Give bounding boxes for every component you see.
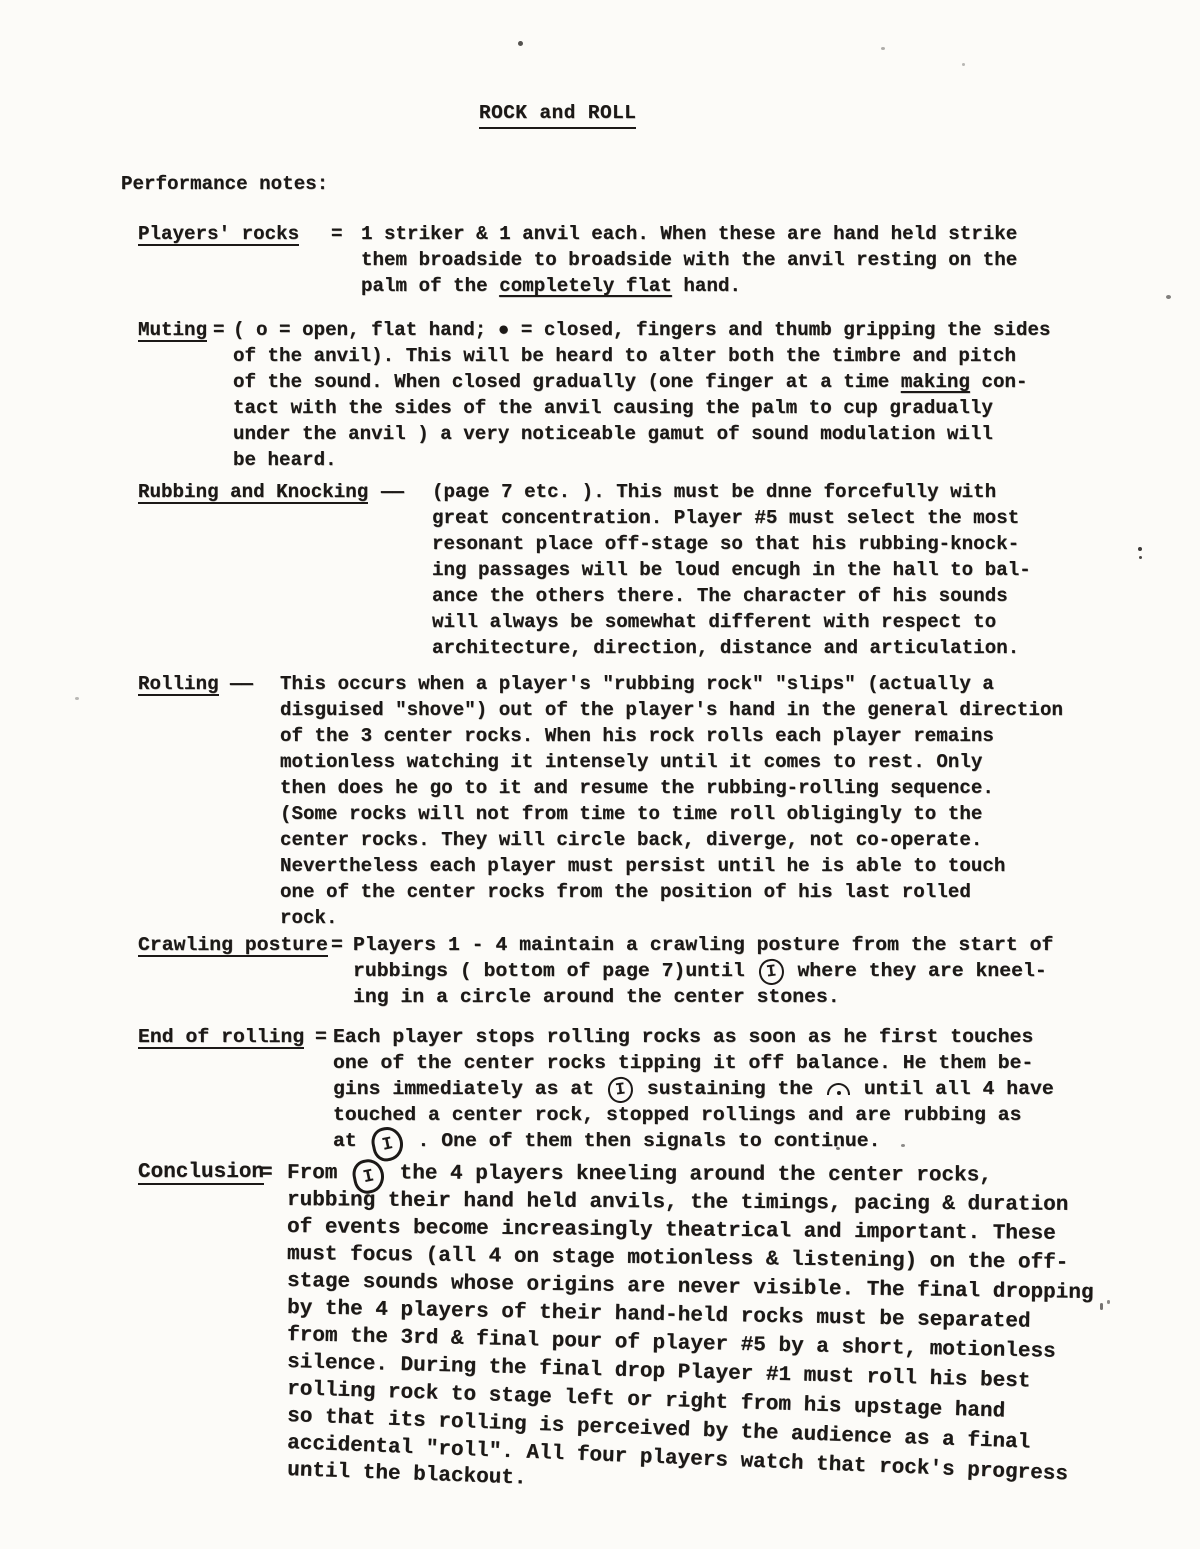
scan-artifact [75, 697, 79, 700]
fermata-icon [827, 1083, 850, 1095]
document-page: ROCK and ROLL Performance notes: Players… [0, 0, 1200, 1549]
circled-i-mark: I [607, 1076, 635, 1105]
scan-artifact [881, 47, 885, 50]
text-line: Players 1 - 4 maintain a crawling postur… [353, 932, 1053, 958]
text-line: ing passages will be loud encugh in the … [432, 557, 1031, 583]
text-line: touched a center rock, stopped rollings … [333, 1102, 1054, 1128]
text-line: at I . One of them then signals to conti… [333, 1128, 1054, 1154]
text-line: rock. [280, 905, 1063, 931]
text-line: From I the 4 players kneeling around the… [287, 1160, 1094, 1190]
section-label: Rolling [138, 671, 219, 696]
section-connector: —— [230, 671, 253, 697]
scan-artifact [518, 41, 523, 46]
text-line: ( o = open, flat hand; ● = closed, finge… [233, 317, 1051, 343]
text-line: (Some rocks will not from time to time r… [280, 801, 1063, 827]
scan-artifact [1139, 556, 1142, 559]
section-connector: = [213, 317, 225, 343]
section-label: End of rolling [138, 1024, 304, 1049]
section-connector: = [260, 1160, 273, 1187]
text-line: great concentration. Player #5 must sele… [432, 505, 1031, 531]
scan-artifact [962, 63, 965, 66]
section-body: This occurs when a player's "rubbing roc… [280, 671, 1063, 931]
text-line: Nevertheless each player must persist un… [280, 853, 1063, 879]
text-line: tact with the sides of the anvil causing… [233, 395, 1051, 421]
underlined-text: completely flat [499, 275, 672, 297]
text-line: of the sound. When closed gradually (one… [233, 369, 1051, 395]
text-line: of the anvil). This will be heard to alt… [233, 343, 1051, 369]
text-line: gins immediately as at I sustaining the … [333, 1076, 1054, 1102]
text-line: Each player stops rolling rocks as soon … [333, 1024, 1054, 1050]
circled-i-mark: I [757, 958, 785, 987]
text-line: then does he go to it and resume the rub… [280, 775, 1063, 801]
scan-artifact [1100, 1303, 1103, 1310]
text-line: one of the center rocks tipping it off b… [333, 1050, 1054, 1076]
text-line: ing in a circle around the center stones… [353, 984, 1053, 1010]
section-body: Players 1 - 4 maintain a crawling postur… [353, 932, 1053, 1010]
section-connector: = [331, 221, 343, 247]
underlined-text: making [901, 371, 970, 393]
circled-i-mark: I [368, 1124, 405, 1164]
text-line: under the anvil ) a very noticeable gamu… [233, 421, 1051, 447]
text-line: disguised "shove") out of the player's h… [280, 697, 1063, 723]
section-body: ( o = open, flat hand; ● = closed, finge… [233, 317, 1051, 473]
text-line: center rocks. They will circle back, div… [280, 827, 1063, 853]
text-line: 1 striker & 1 anvil each. When these are… [361, 221, 1017, 247]
section-connector: —— [381, 479, 404, 505]
section-body: (page 7 etc. ). This must be dnne forcef… [432, 479, 1031, 661]
performance-notes-heading: Performance notes: [121, 171, 328, 197]
section-label: Rubbing and Knocking [138, 479, 368, 504]
section-label: Players' rocks [138, 221, 299, 246]
scan-artifact [1107, 1300, 1110, 1304]
text-line: will always be somewhat different with r… [432, 609, 1031, 635]
text-line: ance the others there. The character of … [432, 583, 1031, 609]
section-body: Each player stops rolling rocks as soon … [333, 1024, 1054, 1154]
section-connector: = [331, 932, 343, 958]
section-body: From I the 4 players kneeling around the… [287, 1160, 1094, 1484]
scan-artifact [836, 1147, 840, 1150]
document-title: ROCK and ROLL [479, 101, 636, 129]
text-line: This occurs when a player's "rubbing roc… [280, 671, 1063, 697]
text-line: of the 3 center rocks. When his rock rol… [280, 723, 1063, 749]
section-connector: = [315, 1024, 327, 1050]
text-line: palm of the completely flat hand. [361, 273, 1017, 299]
scan-artifact [1138, 547, 1142, 551]
section-body: 1 striker & 1 anvil each. When these are… [361, 221, 1017, 299]
text-line: be heard. [233, 447, 1051, 473]
text-line: motionless watching it intensely until i… [280, 749, 1063, 775]
text-line: one of the center rocks from the positio… [280, 879, 1063, 905]
section-label: Crawling posture [138, 932, 328, 957]
text-line: architecture, direction, distance and ar… [432, 635, 1031, 661]
text-line: them broadside to broadside with the anv… [361, 247, 1017, 273]
section-label: Conclusion [138, 1160, 264, 1185]
text-line: resonant place off-stage so that his rub… [432, 531, 1031, 557]
scan-artifact [901, 1144, 905, 1147]
section-label: Muting [138, 317, 207, 342]
text-line: (page 7 etc. ). This must be dnne forcef… [432, 479, 1031, 505]
scan-artifact [1166, 295, 1171, 299]
text-line: rubbings ( bottom of page 7)until I wher… [353, 958, 1053, 984]
